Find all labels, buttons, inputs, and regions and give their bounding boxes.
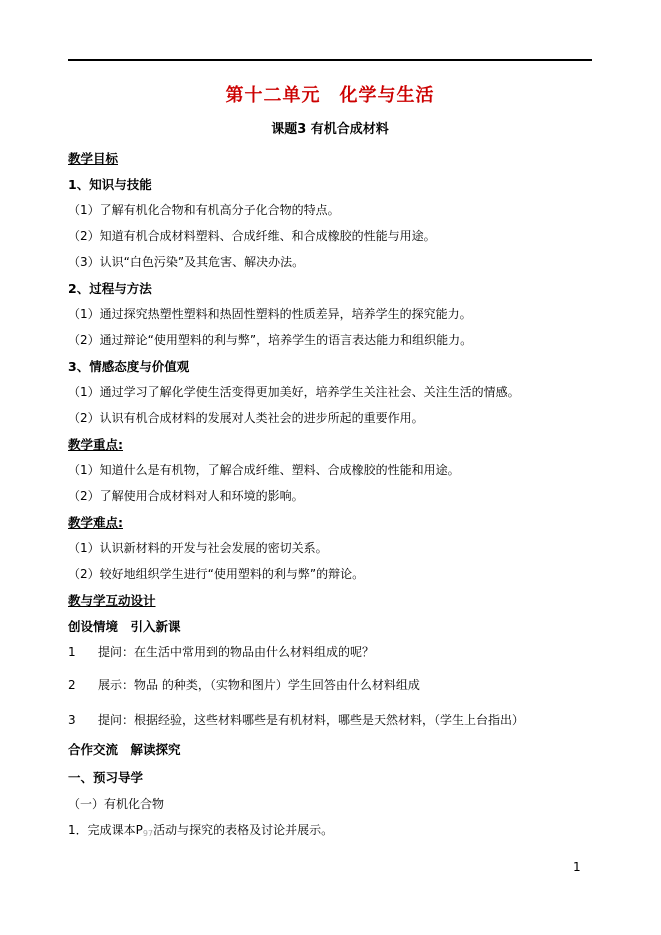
paragraph-text: 活动与探究的表格及讨论并展示。 (153, 823, 333, 837)
doc-title: 第十二单元 化学与生活 (68, 86, 592, 106)
document-content: 第十二单元 化学与生活 课题3 有机合成材料 教学目标 1、知识与技能 （1）了… (68, 86, 592, 853)
list-item-text: 提问：根据经验，这些材料哪些是有机材料，哪些是天然材料，（学生上台指出） (98, 714, 592, 727)
paragraph-with-pageref: 1．完成课本P97活动与探究的表格及讨论并展示。 (68, 824, 592, 840)
document-page: 第十二单元 化学与生活 课题3 有机合成材料 教学目标 1、知识与技能 （1）了… (0, 0, 661, 935)
page-number: 1 (573, 861, 581, 874)
paragraph: （2）了解使用合成材料对人和环境的影响。 (68, 490, 592, 503)
subheading-create-context: 创设情境 引入新课 (68, 620, 592, 633)
paragraph: （1）通过学习了解化学使生活变得更加美好，培养学生关注社会、关注生活的情感。 (68, 386, 592, 399)
list-item-number: 2 (68, 679, 98, 692)
paragraph: （2）通过辩论“使用塑料的利与弊”，培养学生的语言表达能力和组织能力。 (68, 334, 592, 347)
textbook-page-subscript: 97 (143, 829, 153, 838)
heading-teaching-difficulties: 教学难点: (68, 516, 592, 529)
list-item: 3 提问：根据经验，这些材料哪些是有机材料，哪些是天然材料，（学生上台指出） (68, 714, 592, 727)
list-item-number: 3 (68, 714, 98, 727)
paragraph: （2）认识有机合成材料的发展对人类社会的进步所起的重要作用。 (68, 412, 592, 425)
list-item-text: 展示：物品 的种类，（实物和图片）学生回答由什么材料组成 (98, 679, 592, 692)
subheading-process-methods: 2、过程与方法 (68, 282, 592, 295)
paragraph: （1）了解有机化合物和有机高分子化合物的特点。 (68, 204, 592, 217)
subheading-cooperate-explore: 合作交流 解读探究 (68, 743, 592, 756)
paragraph: （1）知道什么是有机物，了解合成纤维、塑料、合成橡胶的性能和用途。 (68, 464, 592, 477)
subheading-knowledge-skills: 1、知识与技能 (68, 178, 592, 191)
list-item-text: 提问：在生活中常用到的物品由什么材料组成的呢？ (98, 646, 592, 659)
list-item: 1 提问：在生活中常用到的物品由什么材料组成的呢？ (68, 646, 592, 659)
paragraph: （1）通过探究热塑性塑料和热固性塑料的性质差异，培养学生的探究能力。 (68, 308, 592, 321)
paragraph: （1）认识新材料的开发与社会发展的密切关系。 (68, 542, 592, 555)
subheading-preview-guide: 一、预习导学 (68, 771, 592, 784)
heading-teaching-objectives: 教学目标 (68, 152, 592, 165)
doc-subtitle: 课题3 有机合成材料 (68, 123, 592, 137)
paragraph-text: 1．完成课本P (68, 823, 143, 837)
paragraph: （2）较好地组织学生进行“使用塑料的利与弊”的辩论。 (68, 568, 592, 581)
header-rule (68, 59, 592, 61)
body-text: 教学目标 1、知识与技能 （1）了解有机化合物和有机高分子化合物的特点。 （2）… (68, 152, 592, 840)
heading-teaching-key-points: 教学重点: (68, 438, 592, 451)
paragraph: （一）有机化合物 (68, 798, 592, 811)
list-item: 2 展示：物品 的种类，（实物和图片）学生回答由什么材料组成 (68, 679, 592, 692)
list-item-number: 1 (68, 646, 98, 659)
subheading-affect-values: 3、情感态度与价值观 (68, 360, 592, 373)
paragraph: （2）知道有机合成材料塑料、合成纤维、和合成橡胶的性能与用途。 (68, 230, 592, 243)
heading-interactive-design: 教与学互动设计 (68, 594, 592, 607)
paragraph: （3）认识“白色污染”及其危害、解决办法。 (68, 256, 592, 269)
